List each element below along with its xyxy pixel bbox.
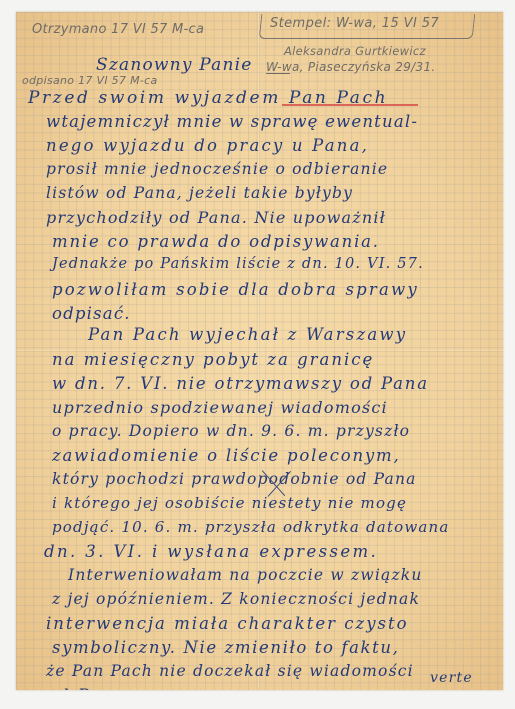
letter-line: odpisać. bbox=[52, 304, 131, 323]
salutation: Szanowny Panie bbox=[96, 55, 253, 75]
letter-line: na miesięczny pobyt za granicę bbox=[52, 350, 374, 369]
sender-address: W-wa, Piaseczyńska 29/31. bbox=[266, 60, 436, 74]
received-note: Otrzymano 17 VI 57 M-ca bbox=[32, 22, 204, 37]
letter-line: listów od Pana, jeżeli takie byłyby bbox=[46, 184, 353, 202]
letter-page: Otrzymano 17 VI 57 M-ca Stempel: W-wa, 1… bbox=[16, 12, 503, 690]
name-underline bbox=[282, 104, 418, 106]
letter-line: z jej opóźnieniem. Z konieczności jednak bbox=[52, 590, 420, 608]
letter-line: Jednakże po Pańskim liście z dn. 10. VI.… bbox=[52, 256, 424, 272]
letter-line: uprzednio spodziewanej wiadomości bbox=[52, 398, 388, 417]
sender-name: Aleksandra Gurtkiewicz bbox=[284, 44, 426, 58]
letter-line: dn. 3. VI. i wysłana expressem. bbox=[44, 542, 378, 561]
letter-line: symboliczny. Nie zmieniło to faktu, bbox=[52, 638, 399, 657]
letter-line: mnie co prawda do odpisywania. bbox=[52, 232, 380, 251]
letter-line: prosił mnie jednocześnie o odbieranie bbox=[46, 160, 388, 178]
letter-line: w dn. 7. VI. nie otrzymawszy od Pana bbox=[52, 374, 429, 393]
letter-line: o pracy. Dopiero w dn. 9. 6. m. przyszło bbox=[52, 422, 410, 440]
letter-line: pozwoliłam sobie dla dobra sprawy bbox=[52, 280, 419, 299]
verte-note: verte bbox=[430, 670, 473, 686]
letter-line: od Pana. bbox=[46, 686, 134, 690]
address-underline bbox=[266, 73, 290, 74]
letter-line: który pochodzi prawdopodobnie od Pana bbox=[52, 470, 417, 488]
letter-line: zawiadomienie o liście poleconym, bbox=[52, 446, 401, 465]
letter-line: nego wyjazdu do pracy u Pana, bbox=[46, 136, 369, 155]
scan-background: Otrzymano 17 VI 57 M-ca Stempel: W-wa, 1… bbox=[0, 0, 515, 709]
letter-line: Pan Pach wyjechał z Warszawy bbox=[88, 325, 407, 344]
letter-line: przychodziły od Pana. Nie upoważnił bbox=[46, 208, 386, 227]
reply-note: odpisano 17 VI 57 M-ca bbox=[22, 74, 158, 87]
letter-line: i którego jej osobiście niestety nie mog… bbox=[52, 494, 407, 512]
letter-line: że Pan Pach nie doczekał się wiadomości bbox=[46, 662, 414, 680]
letter-line: Interweniowałam na poczcie w związku bbox=[68, 566, 423, 584]
letter-line: wtajemniczył mnie w sprawę ewentual- bbox=[46, 112, 418, 131]
letter-line: podjąć. 10. 6. m. przyszła odkrytka dato… bbox=[52, 518, 450, 536]
letter-line: interwencja miała charakter czysto bbox=[46, 614, 409, 633]
stamp-note: Stempel: W-wa, 15 VI 57 bbox=[270, 16, 439, 31]
